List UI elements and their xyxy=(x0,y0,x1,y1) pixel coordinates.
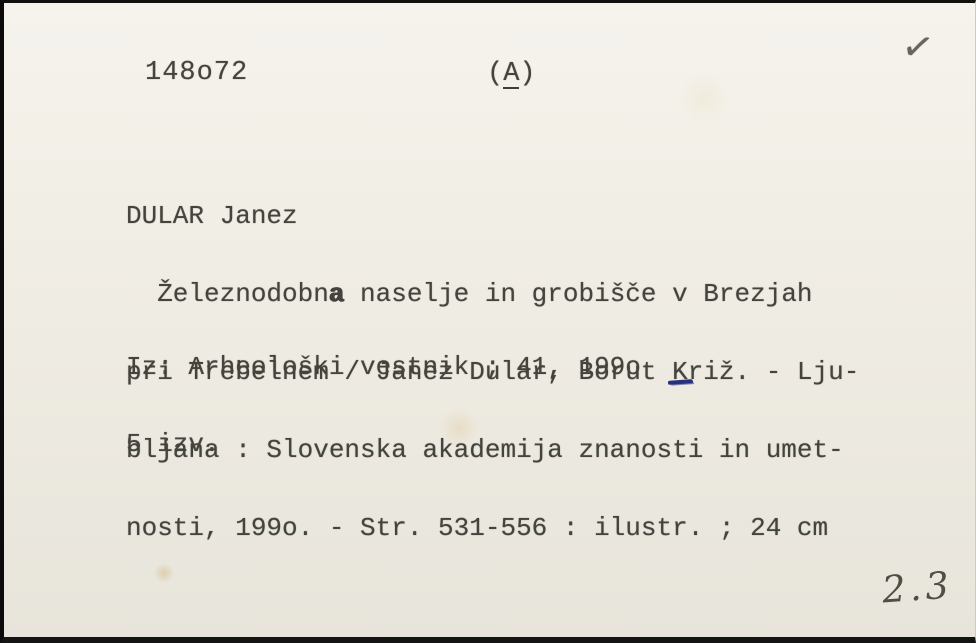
close-paren: ) xyxy=(519,59,535,89)
open-paren: ( xyxy=(487,59,503,89)
overstruck-letter: a xyxy=(329,279,345,309)
pencil-checkmark-icon: ✓ xyxy=(898,23,937,72)
call-number: 148o72 xyxy=(145,60,248,86)
author-line: DULAR Janez xyxy=(126,203,859,229)
title-line-1-rest: naselje in grobišče v Brezjah xyxy=(344,279,812,309)
title-line-1: Železnodobna naselje in grobišče v Brezj… xyxy=(126,281,859,307)
source-line: Iz: Arheološki vestnik ; 41, 199o xyxy=(126,354,641,380)
title-line-3: bljana : Slovenska akademija znanosti in… xyxy=(126,437,859,463)
title-line-4: nosti, 199o. - Str. 531-556 : ilustr. ; … xyxy=(126,515,859,541)
library-catalog-card: ✓ 148o72 (A) DULAR Janez Železnodobna na… xyxy=(0,0,976,643)
underlined-heading-letter: A xyxy=(503,62,519,89)
handwritten-number: 2.3 xyxy=(881,564,955,612)
pen-underlined-letter: K xyxy=(672,359,688,385)
copies-line: 5 izv. xyxy=(126,431,220,457)
heading-letter: (A) xyxy=(487,61,536,89)
title-line-2-rest: riž. - Lju- xyxy=(688,357,860,387)
title-line-1-text: Železnodobn xyxy=(126,279,329,309)
